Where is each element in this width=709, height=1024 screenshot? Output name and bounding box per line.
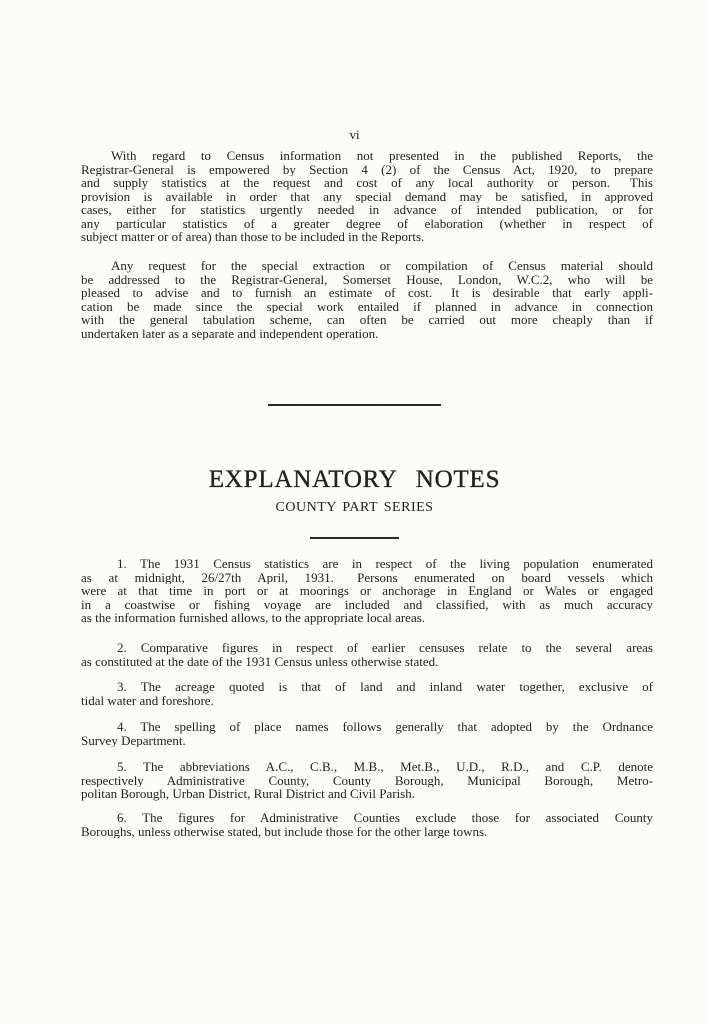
text-line: Any request for the special extraction o…	[81, 259, 653, 273]
text-line: in a coastwise or fishing voyage are inc…	[81, 598, 653, 612]
text-line: as constituted at the date of the 1931 C…	[81, 655, 653, 669]
note-4: 4. The spelling of place names follows g…	[81, 720, 653, 747]
text-line: Survey Department.	[81, 734, 653, 748]
text-line: as at midnight, 26/27th April, 1931. Per…	[81, 571, 653, 585]
text-line: 5. The abbreviations A.C., C.B., M.B., M…	[81, 760, 653, 774]
text-line: Registrar-General is empowered by Sectio…	[81, 163, 653, 177]
text-line: tidal water and foreshore.	[81, 694, 653, 708]
page-number: vi	[0, 128, 709, 142]
text-line: be addressed to the Registrar-General, S…	[81, 273, 653, 287]
note-6: 6. The figures for Administrative Counti…	[81, 811, 653, 838]
text-line: politan Borough, Urban District, Rural D…	[81, 787, 653, 801]
text-line: undertaken later as a separate and indep…	[81, 327, 653, 341]
text-line: as the information furnished allows, to …	[81, 611, 653, 625]
text-line: With regard to Census information not pr…	[81, 149, 653, 163]
text-line: Boroughs, unless otherwise stated, but i…	[81, 825, 653, 839]
text-line: 3. The acreage quoted is that of land an…	[81, 680, 653, 694]
note-1: 1. The 1931 Census statistics are in res…	[81, 557, 653, 625]
document-page: vi With regard to Census information not…	[0, 0, 709, 1024]
note-2: 2. Comparative figures in respect of ear…	[81, 641, 653, 668]
text-line: and supply statistics at the request and…	[81, 176, 653, 190]
text-line: respectively Administrative County, Coun…	[81, 774, 653, 788]
section-divider-rule	[268, 404, 441, 406]
text-line: cases, either for statistics urgently ne…	[81, 203, 653, 217]
text-line: were at that time in port or at moorings…	[81, 584, 653, 598]
text-line: 4. The spelling of place names follows g…	[81, 720, 653, 734]
text-line: provision is available in order that any…	[81, 190, 653, 204]
intro-paragraph-1: With regard to Census information not pr…	[81, 149, 653, 244]
text-line: 1. The 1931 Census statistics are in res…	[81, 557, 653, 571]
intro-paragraph-2: Any request for the special extraction o…	[81, 259, 653, 340]
section-subtitle: COUNTY PART SERIES	[0, 499, 709, 516]
subsection-divider-rule	[310, 537, 399, 539]
text-line: 2. Comparative figures in respect of ear…	[81, 641, 653, 655]
text-line: any particular statistics of a greater d…	[81, 217, 653, 231]
note-3: 3. The acreage quoted is that of land an…	[81, 680, 653, 707]
section-title: EXPLANATORY NOTES	[0, 466, 709, 494]
text-line: cation be made since the special work en…	[81, 300, 653, 314]
text-line: with the general tabulation scheme, can …	[81, 313, 653, 327]
text-line: subject matter or of area) than those to…	[81, 230, 653, 244]
note-5: 5. The abbreviations A.C., C.B., M.B., M…	[81, 760, 653, 801]
text-line: pleased to advise and to furnish an esti…	[81, 286, 653, 300]
text-line: 6. The figures for Administrative Counti…	[81, 811, 653, 825]
